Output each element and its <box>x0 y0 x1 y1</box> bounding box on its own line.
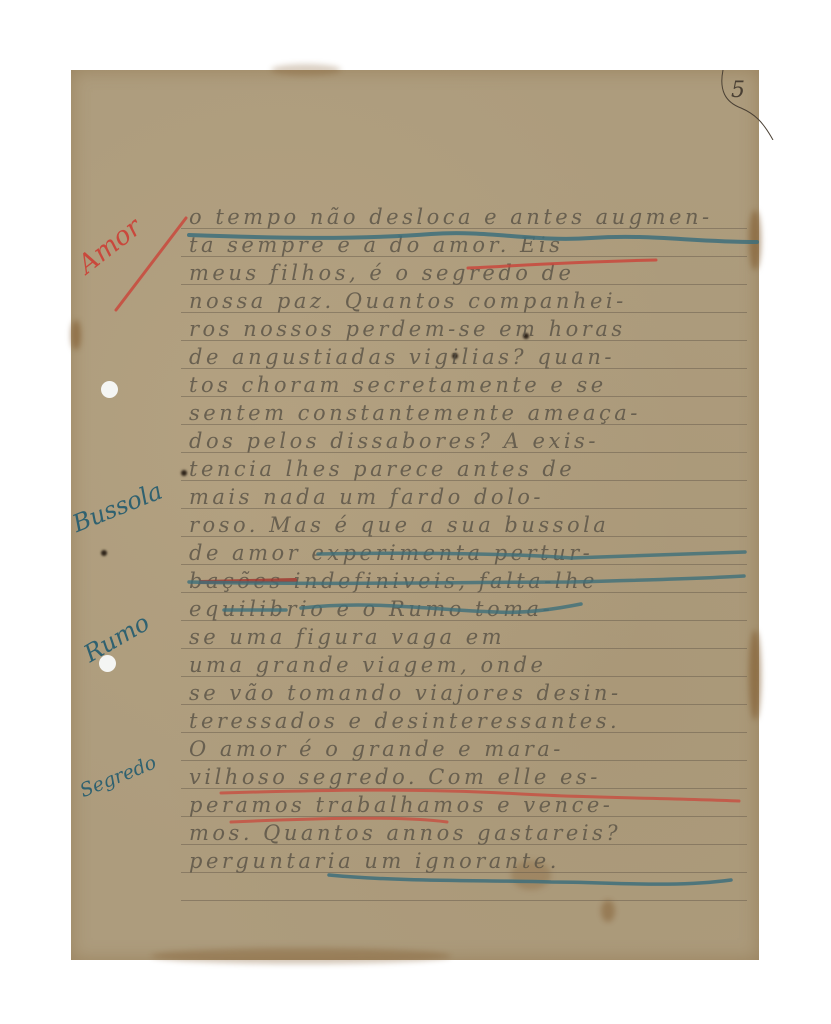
handwritten-line: tencia lhes parece antes de <box>189 457 749 485</box>
handwritten-line: peramos trabalhamos e vence- <box>189 793 749 821</box>
handwritten-line: se vão tomando viajores desin- <box>189 681 749 709</box>
stain <box>151 948 451 964</box>
stain <box>271 64 341 76</box>
handwritten-line: uma grande viagem, onde <box>189 653 749 681</box>
handwritten-line: de amor experimenta pertur- <box>189 541 749 569</box>
handwritten-line: O amor é o grande e mara- <box>189 737 749 765</box>
margin-note-rumo: Rumo <box>79 608 154 668</box>
handwritten-line: ta sempre e a do amor. Eis <box>189 233 749 261</box>
margin-note-bussola: Bussola <box>69 477 167 538</box>
handwritten-line: dos pelos dissabores? A exis- <box>189 429 749 457</box>
page-number: 5 <box>731 78 745 103</box>
handwritten-line: ros nossos perdem-se em horas <box>189 317 749 345</box>
handwritten-line: roso. Mas é que a sua bussola <box>189 513 749 541</box>
handwritten-line: de angustiadas vigilias? quan- <box>189 345 749 373</box>
stain <box>749 210 761 270</box>
manuscript-page: 5 o tempo não desloca e antes augmen- ta… <box>71 70 759 960</box>
punch-hole <box>101 381 118 398</box>
handwritten-line: o tempo não desloca e antes augmen- <box>189 205 749 233</box>
handwritten-line: bações indefiniveis, falta-lhe <box>189 569 749 597</box>
ink-dot <box>181 470 187 476</box>
ruled-line <box>181 900 747 901</box>
handwritten-line: sentem constantemente ameaça- <box>189 401 749 429</box>
handwritten-line: teressados e desinteressantes. <box>189 709 749 737</box>
handwritten-line: vilhoso segredo. Com elle es- <box>189 765 749 793</box>
handwritten-line: se uma figura vaga em <box>189 625 749 653</box>
ink-dot <box>101 550 107 556</box>
stain <box>601 900 615 922</box>
margin-note-amor: Amor <box>73 212 148 280</box>
stain <box>71 320 81 350</box>
page-corner-mark <box>711 70 791 140</box>
handwritten-line: nossa paz. Quantos companhei- <box>189 289 749 317</box>
margin-note-segredo: Segredo <box>77 751 160 802</box>
handwritten-line: mais nada um fardo dolo- <box>189 485 749 513</box>
handwritten-line: equilibrio e o Rumo toma- <box>189 597 749 625</box>
handwritten-line: mos. Quantos annos gastareis? <box>189 821 749 849</box>
handwritten-line: tos choram secretamente e se <box>189 373 749 401</box>
handwritten-line: perguntaria um ignorante. <box>189 849 749 877</box>
stain <box>749 630 761 720</box>
handwritten-line: meus filhos, é o segredo de <box>189 261 749 289</box>
